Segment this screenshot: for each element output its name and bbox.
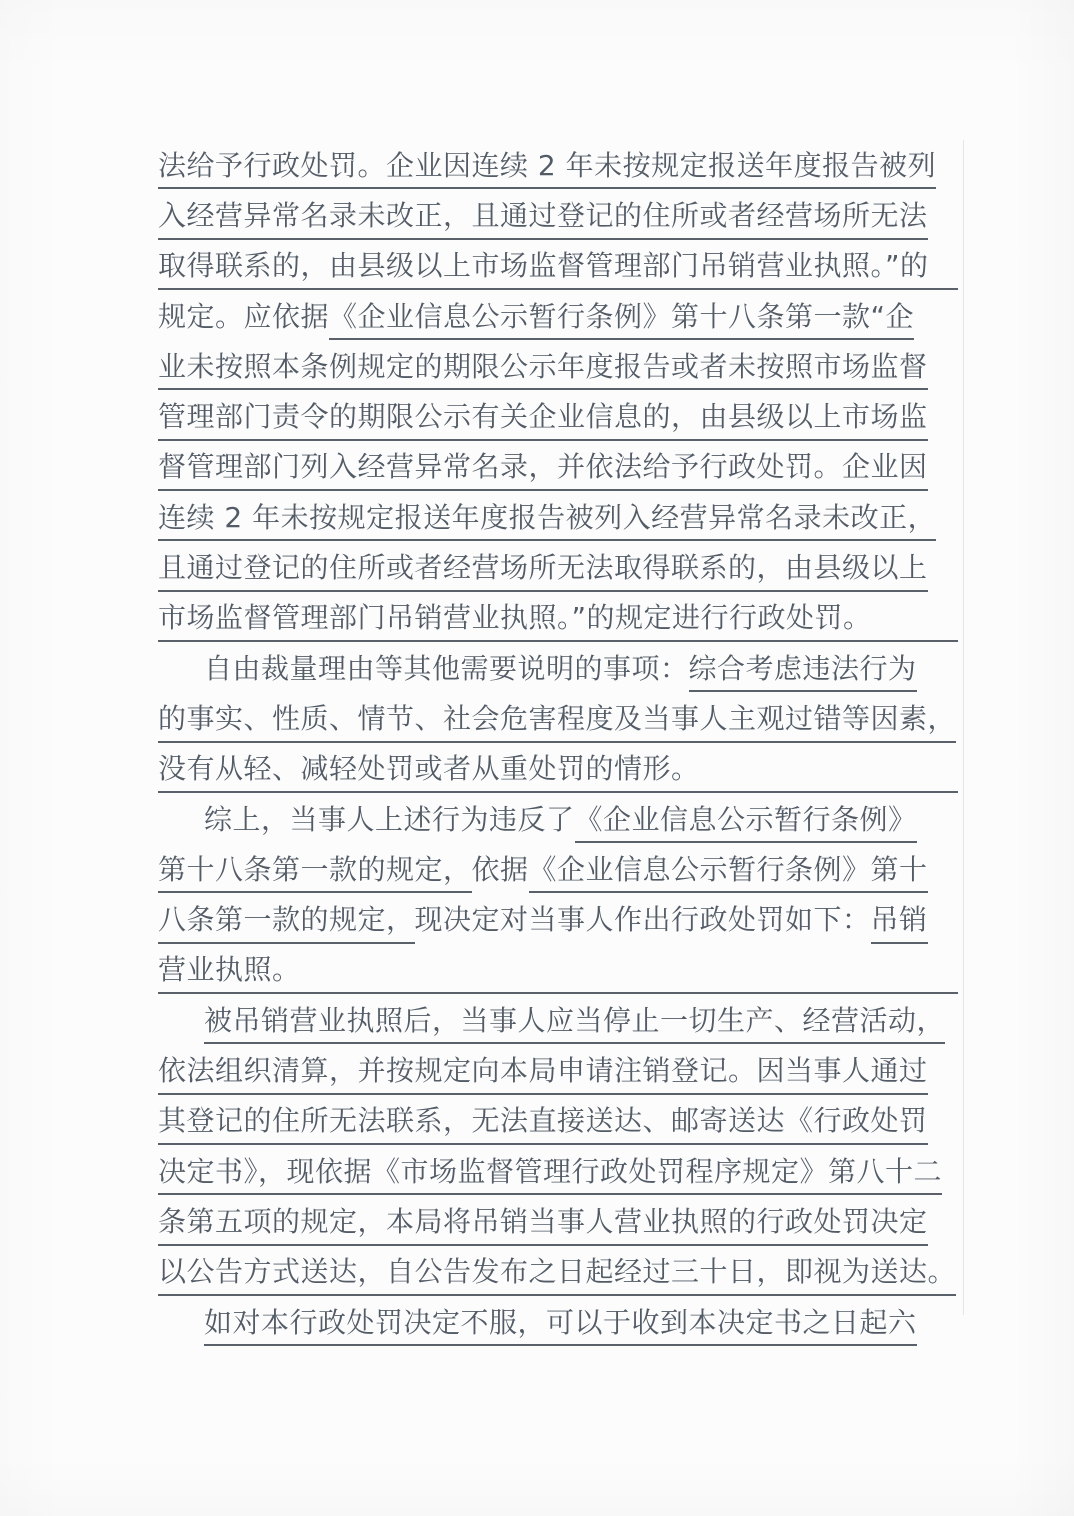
blank-underline	[301, 987, 958, 994]
filled-in-text: 取得联系的，由县级以上市场监督管理部门吊销营业执照。”的	[158, 249, 929, 290]
filled-in-text: 《企业信息公示暂行条例》	[575, 803, 917, 844]
text-line: 取得联系的，由县级以上市场监督管理部门吊销营业执照。”的	[158, 240, 958, 290]
text-line: 的事实、性质、情节、社会危害程度及当事人主观过错等因素，	[158, 692, 958, 742]
filled-in-text: 的事实、性质、情节、社会危害程度及当事人主观过错等因素，	[158, 702, 956, 743]
filled-in-text: 八条第一款的规定，	[158, 903, 415, 944]
text-line: 入经营异常名录未改正，且通过登记的住所或者经营场所无法	[158, 189, 958, 239]
scanned-page: 法给予行政处罚。企业因连续 2 年未按规定报送年度报告被列入经营异常名录未改正，…	[0, 0, 1074, 1516]
filled-in-text: 营业执照。	[158, 953, 301, 994]
blank-underline	[700, 786, 958, 793]
text-line: 且通过登记的住所或者经营场所无法取得联系的，由县级以上	[158, 541, 958, 591]
filled-in-text: 市场监督管理部门吊销营业执照。”	[158, 601, 587, 642]
filled-in-text: 以公告方式送达，自公告发布之日起经过三十日，即视为送达。	[158, 1255, 956, 1296]
filled-in-text: 吊销	[871, 903, 928, 944]
text-line: 八条第一款的规定，现决定对当事人作出行政处罚如下：吊销	[158, 893, 958, 943]
form-label-text: 自由裁量理由等其他需要说明的事项：	[204, 652, 689, 693]
text-line: 连续 2 年未按规定报送年度报告被列入经营异常名录未改正，	[158, 491, 958, 541]
filled-in-text: 《企业信息公示暂行条例》第十	[529, 853, 928, 894]
filled-in-text: 连续 2 年未按规定报送年度报告被列入经营异常名录未改正，	[158, 501, 936, 542]
text-line: 规定。应依据《企业信息公示暂行条例》第十八条第一款“企	[158, 290, 958, 340]
form-label-text: 综上，当事人上述行为违反了	[204, 803, 575, 844]
scan-edge-artifact	[963, 140, 964, 1315]
text-line: 依法组织清算，并按规定向本局申请注销登记。因当事人通过	[158, 1044, 958, 1094]
text-line: 督管理部门列入经营异常名录，并依法给予行政处罚。企业因	[158, 441, 958, 491]
filled-in-text: 业未按照本条例规定的期限公示年度报告或者未按照市场监督	[158, 350, 928, 391]
form-label-text: 现决定对当事人作出行政处罚如下：	[415, 903, 871, 944]
text-line: 第十八条第一款的规定，依据《企业信息公示暂行条例》第十	[158, 843, 958, 893]
filled-in-text: 如对本行政处罚决定不服，可以于收到本决定书之日起六	[204, 1306, 917, 1347]
text-line: 决定书》，现依据《市场监督管理行政处罚程序规定》第八十二	[158, 1145, 958, 1195]
text-line: 以公告方式送达，自公告发布之日起经过三十日，即视为送达。	[158, 1246, 958, 1296]
blank-underline	[929, 283, 958, 290]
filled-in-text: 综合考虑违法行为	[689, 652, 917, 693]
form-label-text: 规定。应依据	[158, 300, 329, 341]
filled-in-text: 管理部门责令的期限公示有关企业信息的，由县级以上市场监	[158, 400, 928, 441]
text-line: 市场监督管理部门吊销营业执照。”的规定进行行政处罚。	[158, 592, 958, 642]
text-line: 管理部门责令的期限公示有关企业信息的，由县级以上市场监	[158, 390, 958, 440]
filled-in-text: 没有从轻、减轻处罚或者从重处罚的情形。	[158, 752, 700, 793]
text-line: 营业执照。	[158, 944, 958, 994]
text-line: 综上，当事人上述行为违反了《企业信息公示暂行条例》	[158, 793, 958, 843]
filled-in-text: 入经营异常名录未改正，且通过登记的住所或者经营场所无法	[158, 199, 928, 240]
filled-in-text: 《企业信息公示暂行条例》第十八条第一款“企	[329, 300, 914, 341]
text-line: 法给予行政处罚。企业因连续 2 年未按规定报送年度报告被列	[158, 139, 958, 189]
text-line: 条第五项的规定，本局将吊销当事人营业执照的行政处罚决定	[158, 1195, 958, 1245]
form-label-text: 依据	[472, 853, 529, 894]
filled-in-text: 条第五项的规定，本局将吊销当事人营业执照的行政处罚决定	[158, 1205, 928, 1246]
text-line: 其登记的住所无法联系，无法直接送达、邮寄送达《行政处罚	[158, 1095, 958, 1145]
text-line: 如对本行政处罚决定不服，可以于收到本决定书之日起六	[158, 1296, 958, 1346]
filled-in-text: 决定书》，现依据《市场监督管理行政处罚程序规定》第八十二	[158, 1155, 942, 1196]
filled-in-text: 督管理部门列入经营异常名录，并依法给予行政处罚。企业因	[158, 450, 928, 491]
filled-in-text: 依法组织清算，并按规定向本局申请注销登记。因当事人通过	[158, 1054, 928, 1095]
filled-in-text: 其登记的住所无法联系，无法直接送达、邮寄送达《行政处罚	[158, 1104, 928, 1145]
filled-in-text: 第十八条第一款的规定，	[158, 853, 472, 894]
text-line: 自由裁量理由等其他需要说明的事项：综合考虑违法行为	[158, 642, 958, 692]
text-line: 没有从轻、减轻处罚或者从重处罚的情形。	[158, 743, 958, 793]
filled-in-text: 被吊销营业执照后，当事人应当停止一切生产、经营活动，	[204, 1004, 945, 1045]
filled-in-text: 法给予行政处罚。企业因连续 2 年未按规定报送年度报告被列	[158, 149, 936, 190]
filled-in-text: 且通过登记的住所或者经营场所无法取得联系的，由县级以上	[158, 551, 928, 592]
text-line: 业未按照本条例规定的期限公示年度报告或者未按照市场监督	[158, 340, 958, 390]
filled-in-text: 的规定进行行政处罚。	[587, 601, 872, 642]
blank-underline	[872, 635, 958, 642]
text-line: 被吊销营业执照后，当事人应当停止一切生产、经营活动，	[158, 994, 958, 1044]
document-body: 法给予行政处罚。企业因连续 2 年未按规定报送年度报告被列入经营异常名录未改正，…	[158, 139, 958, 1346]
